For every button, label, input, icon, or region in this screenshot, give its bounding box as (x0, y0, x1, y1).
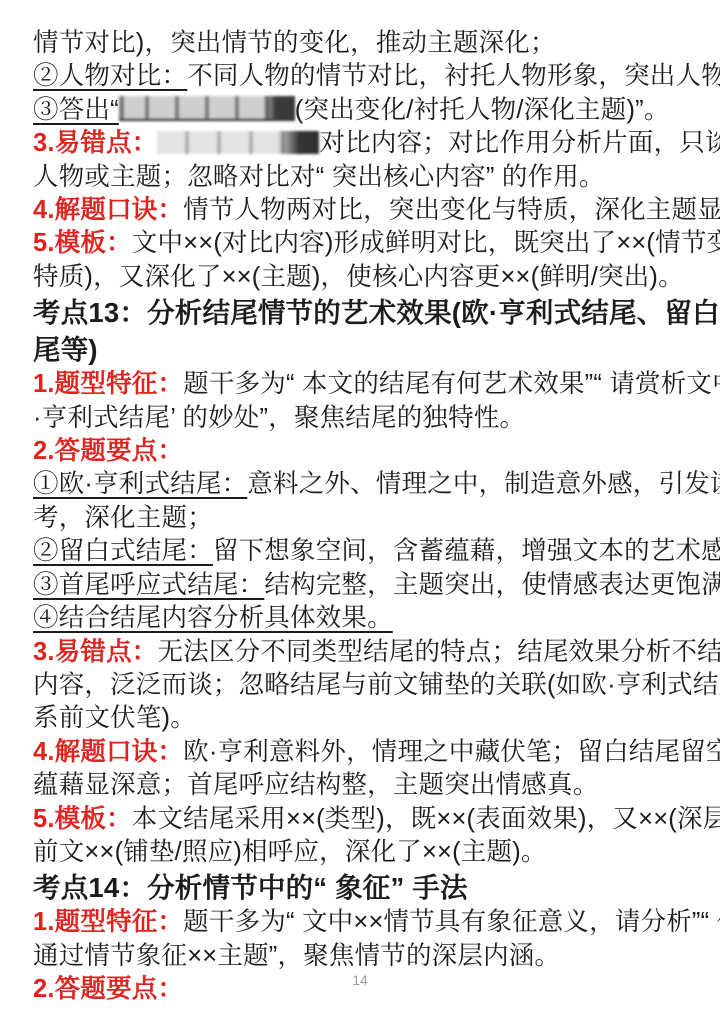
text-segment: 不同人物的情节对比，衬托人物形象，突出人物特质； (187, 62, 720, 90)
text-line: 3.易错点：无法区分不同类型结尾的特点；结尾效果分析不结合文本 (33, 636, 692, 669)
section-label: 3.易错点： (33, 638, 157, 666)
redacted-blur-block (157, 131, 319, 154)
text-segment: 人物或主题；忽略对比对“ 突出核心内容” 的作用。 (33, 163, 605, 191)
text-line: ·亨利式结尾’ 的妙处”，聚焦结尾的独特性。 (33, 402, 692, 435)
text-segment: 对比内容；对比作用分析片面，只谈情节忽略 (319, 129, 720, 157)
document-body: 情节对比)，突出情节的变化，推动主题深化；②人物对比：不同人物的情节对比，衬托人… (33, 27, 692, 1007)
text-segment: 蕴藉显深意；首尾呼应结构整，主题突出情感真。 (33, 771, 598, 799)
text-segment: 前文××(铺垫/照应)相呼应，深化了××(主题)。 (33, 838, 547, 866)
text-line: 蕴藉显深意；首尾呼应结构整，主题突出情感真。 (33, 769, 692, 802)
section-label: 1.题型特征： (33, 370, 183, 398)
text-segment: 系前文伏笔)。 (33, 704, 196, 732)
underlined-term: ④结合结尾内容分析具体效果。 (33, 604, 393, 632)
text-line: ③首尾呼应式结尾：结构完整，主题突出，使情感表达更饱满； (33, 569, 692, 602)
section-label: 1.题型特征： (33, 908, 183, 936)
text-segment: 情节人物两对比，突出变化与特质，深化主题显核心 (183, 196, 720, 224)
text-segment: 无法区分不同类型结尾的特点；结尾效果分析不结合文本 (157, 638, 720, 666)
text-segment: 考点14：分析情节中的“ 象征” 手法 (33, 872, 468, 903)
text-line: 内容，泛泛而谈；忽略结尾与前文铺垫的关联(如欧·亨利式结尾需联 (33, 669, 692, 702)
text-segment: 通过情节象征××主题”，聚焦情节的深层内涵。 (33, 942, 560, 970)
underlined-term: ①欧·亨利式结尾： (33, 470, 247, 498)
text-line: 考，深化主题； (33, 502, 692, 535)
page-number: 14 (0, 972, 720, 988)
text-line: 4.解题口诀：欧·亨利意料外，情理之中藏伏笔；留白结尾留空间，含蓄 (33, 736, 692, 769)
text-segment: ·亨利式结尾’ 的妙处”，聚焦结尾的独特性。 (33, 404, 525, 432)
text-segment: 考，深化主题； (33, 504, 213, 532)
text-segment: 尾等) (33, 334, 98, 365)
text-segment: (突出变化/衬托人物/深化主题)”。 (295, 96, 670, 124)
text-line: 系前文伏笔)。 (33, 702, 692, 735)
heading-line: 尾等) (33, 331, 692, 368)
section-label: 3.易错点： (33, 129, 157, 157)
text-line: 特质)，又深化了××(主题)，使核心内容更××(鲜明/突出)。 (33, 261, 692, 294)
text-line: ②人物对比：不同人物的情节对比，衬托人物形象，突出人物特质； (33, 60, 692, 93)
text-line: 3.易错点：对比内容；对比作用分析片面，只谈情节忽略 (33, 127, 692, 160)
section-label: 5.模板： (33, 229, 132, 257)
text-line: ④结合结尾内容分析具体效果。 (33, 602, 692, 635)
section-label: 5.模板： (33, 805, 132, 833)
heading-line: 考点13：分析结尾情节的艺术效果(欧·亨利式结尾、留白式结 (33, 294, 692, 331)
text-line: ②留白式结尾：留下想象空间，含蓄蕴藉，增强文本的艺术感染力； (33, 535, 692, 568)
text-line: 1.题型特征：题干多为“ 文中××情节具有象征意义，请分析”“ 作者如何 (33, 906, 692, 939)
text-line: ①欧·亨利式结尾：意料之外、情理之中，制造意外感，引发读者思 (33, 468, 692, 501)
text-segment: 题干多为“ 文中××情节具有象征意义，请分析”“ 作者如何 (183, 908, 720, 936)
document-page: 情节对比)，突出情节的变化，推动主题深化；②人物对比：不同人物的情节对比，衬托人… (0, 0, 720, 1007)
text-segment: 本文结尾采用××(类型)，既××(表面效果)，又××(深层效果)，与 (132, 805, 720, 833)
text-line: 5.模板：文中××(对比内容)形成鲜明对比，既突出了××(情节变化/人物 (33, 227, 692, 260)
section-label: 4.解题口诀： (33, 196, 183, 224)
text-segment: 内容，泛泛而谈；忽略结尾与前文铺垫的关联(如欧·亨利式结尾需联 (33, 671, 720, 699)
text-line: 情节对比)，突出情节的变化，推动主题深化； (33, 27, 692, 60)
underlined-term: ③答出“ (33, 96, 119, 124)
text-segment: 情节对比)，突出情节的变化，推动主题深化； (33, 29, 556, 57)
text-line: 前文××(铺垫/照应)相呼应，深化了××(主题)。 (33, 836, 692, 869)
text-line: 通过情节象征××主题”，聚焦情节的深层内涵。 (33, 940, 692, 973)
redacted-blur-block (119, 96, 295, 121)
text-line: 5.模板：本文结尾采用××(类型)，既××(表面效果)，又××(深层效果)，与 (33, 803, 692, 836)
section-label: 4.解题口诀： (33, 738, 183, 766)
text-segment: 考点13：分析结尾情节的艺术效果(欧·亨利式结尾、留白式结 (33, 297, 720, 328)
text-line: 2.答题要点： (33, 435, 692, 468)
section-label: 2.答题要点： (33, 437, 183, 465)
text-line: 4.解题口诀：情节人物两对比，突出变化与特质，深化主题显核心 (33, 194, 692, 227)
text-line: 1.题型特征：题干多为“ 本文的结尾有何艺术效果”“ 请赏析文中 欧 (33, 368, 692, 401)
underlined-term: ②留白式结尾： (33, 537, 213, 565)
underlined-term: ②人物对比： (33, 62, 187, 90)
text-segment: 留下想象空间，含蓄蕴藉，增强文本的艺术感染力； (213, 537, 720, 565)
text-line: 人物或主题；忽略对比对“ 突出核心内容” 的作用。 (33, 161, 692, 194)
text-segment: 欧·亨利意料外，情理之中藏伏笔；留白结尾留空间，含蓄 (183, 738, 720, 766)
underlined-term: ③首尾呼应式结尾： (33, 571, 264, 599)
text-segment: 题干多为“ 本文的结尾有何艺术效果”“ 请赏析文中 欧 (183, 370, 720, 398)
text-segment: 文中××(对比内容)形成鲜明对比，既突出了××(情节变化/人物 (132, 229, 720, 257)
text-line: ③答出“(突出变化/衬托人物/深化主题)”。 (33, 94, 692, 127)
text-segment: 结构完整，主题突出，使情感表达更饱满； (264, 571, 720, 599)
text-segment: 特质)，又深化了××(主题)，使核心内容更××(鲜明/突出)。 (33, 263, 684, 291)
heading-line: 考点14：分析情节中的“ 象征” 手法 (33, 869, 692, 906)
text-segment: 意料之外、情理之中，制造意外感，引发读者思 (247, 470, 720, 498)
